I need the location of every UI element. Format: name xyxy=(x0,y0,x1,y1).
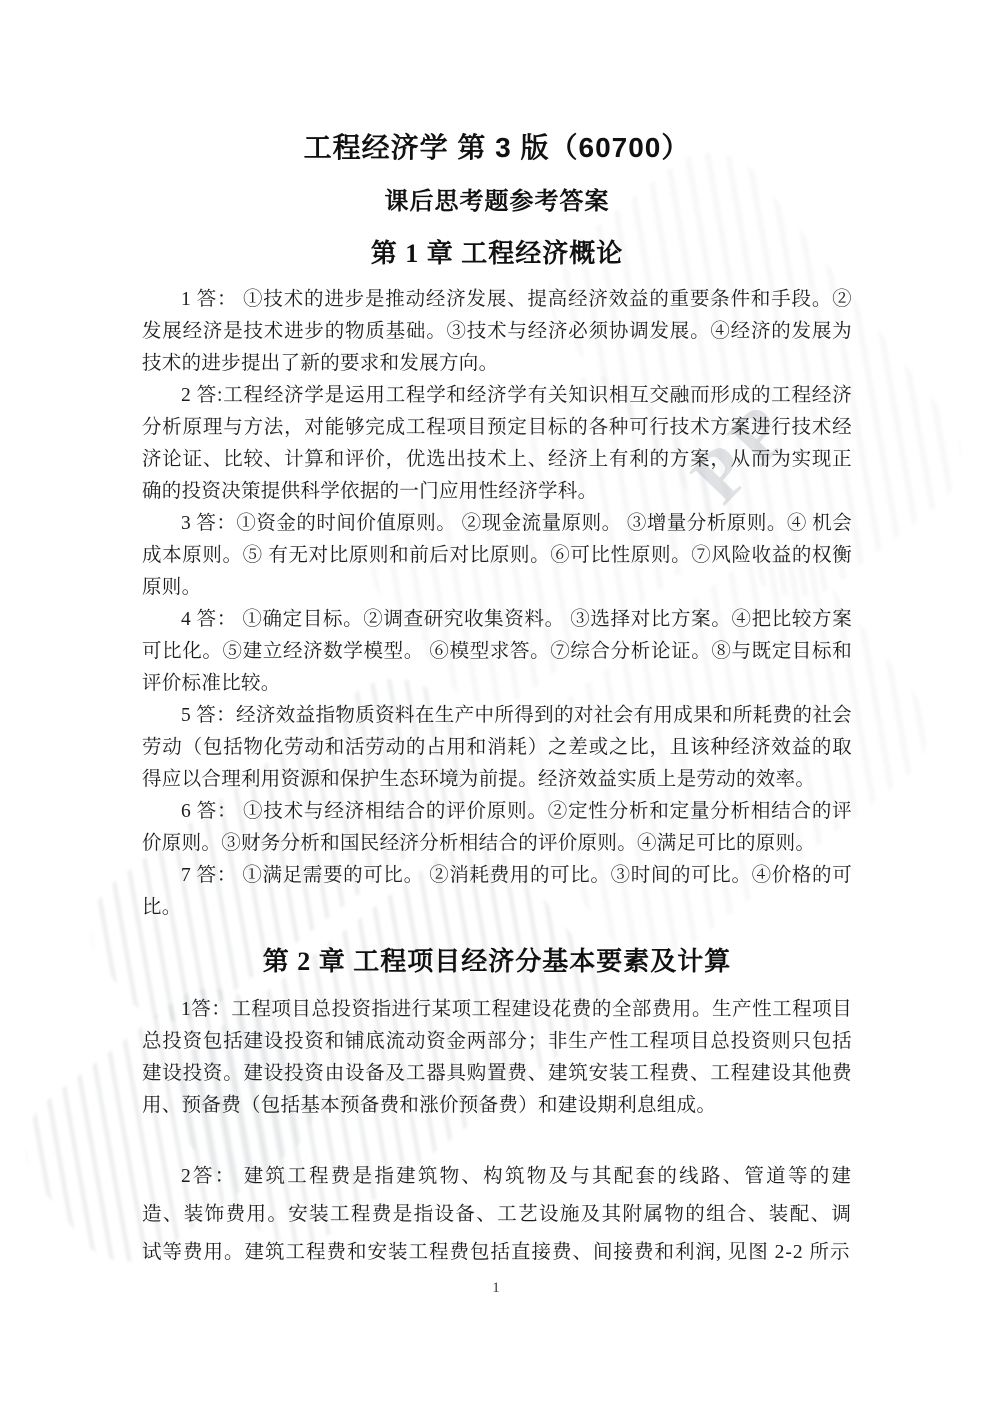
document-subtitle: 课后思考题参考答案 xyxy=(142,189,852,214)
answer-paragraph: 3 答：①资金的时间价值原则。 ②现金流量原则。 ③增量分析原则。④ 机会成本原… xyxy=(142,508,852,604)
chapter-body: 1答：工程项目总投资指进行某项工程建设花费的全部费用。生产性工程项目总投资包括建… xyxy=(142,994,852,1272)
answer-paragraph: 6 答： ①技术与经济相结合的评价原则。②定性分析和定量分析相结合的评价原则。③… xyxy=(142,796,852,860)
answer-paragraph: 1 答： ①技术的进步是推动经济发展、提高经济效益的重要条件和手段。②发展经济是… xyxy=(142,284,852,380)
chapter-heading: 第 1 章 工程经济概论 xyxy=(142,240,852,267)
page-number: 1 xyxy=(0,1280,992,1297)
document-title: 工程经济学 第 3 版（60700） xyxy=(142,133,852,162)
answer-paragraph: 7 答： ①满足需要的可比。 ②消耗费用的可比。③时间的可比。④价格的可比。 xyxy=(142,860,852,924)
answer-paragraph: 5 答：经济效益指物质资料在生产中所得到的对社会有用成果和所耗费的社会劳动（包括… xyxy=(142,700,852,796)
chapter-1: 第 1 章 工程经济概论1 答： ①技术的进步是推动经济发展、提高经济效益的重要… xyxy=(142,240,852,924)
chapter-body: 1 答： ①技术的进步是推动经济发展、提高经济效益的重要条件和手段。②发展经济是… xyxy=(142,284,852,924)
chapters: 第 1 章 工程经济概论1 答： ①技术的进步是推动经济发展、提高经济效益的重要… xyxy=(142,240,852,1273)
document-page: PP 工程经济学 第 3 版（60700） 课后思考题参考答案 第 1 章 工程… xyxy=(0,0,992,1403)
answer-paragraph: 2答： 建筑工程费是指建筑物、构筑物及与其配套的线路、管道等的建造、装饰费用。安… xyxy=(142,1158,852,1272)
answer-paragraph: 2 答:工程经济学是运用工程学和经济学有关知识相互交融而形成的工程经济分析原理与… xyxy=(142,380,852,508)
document-content: 工程经济学 第 3 版（60700） 课后思考题参考答案 第 1 章 工程经济概… xyxy=(0,0,992,1272)
answer-paragraph: 1答：工程项目总投资指进行某项工程建设花费的全部费用。生产性工程项目总投资包括建… xyxy=(142,994,852,1122)
answer-paragraph: 4 答： ①确定目标。②调查研究收集资料。 ③选择对比方案。④把比较方案可比化。… xyxy=(142,604,852,700)
chapter-2: 第 2 章 工程项目经济分基本要素及计算1答：工程项目总投资指进行某项工程建设花… xyxy=(142,948,852,1272)
chapter-heading: 第 2 章 工程项目经济分基本要素及计算 xyxy=(142,948,852,975)
